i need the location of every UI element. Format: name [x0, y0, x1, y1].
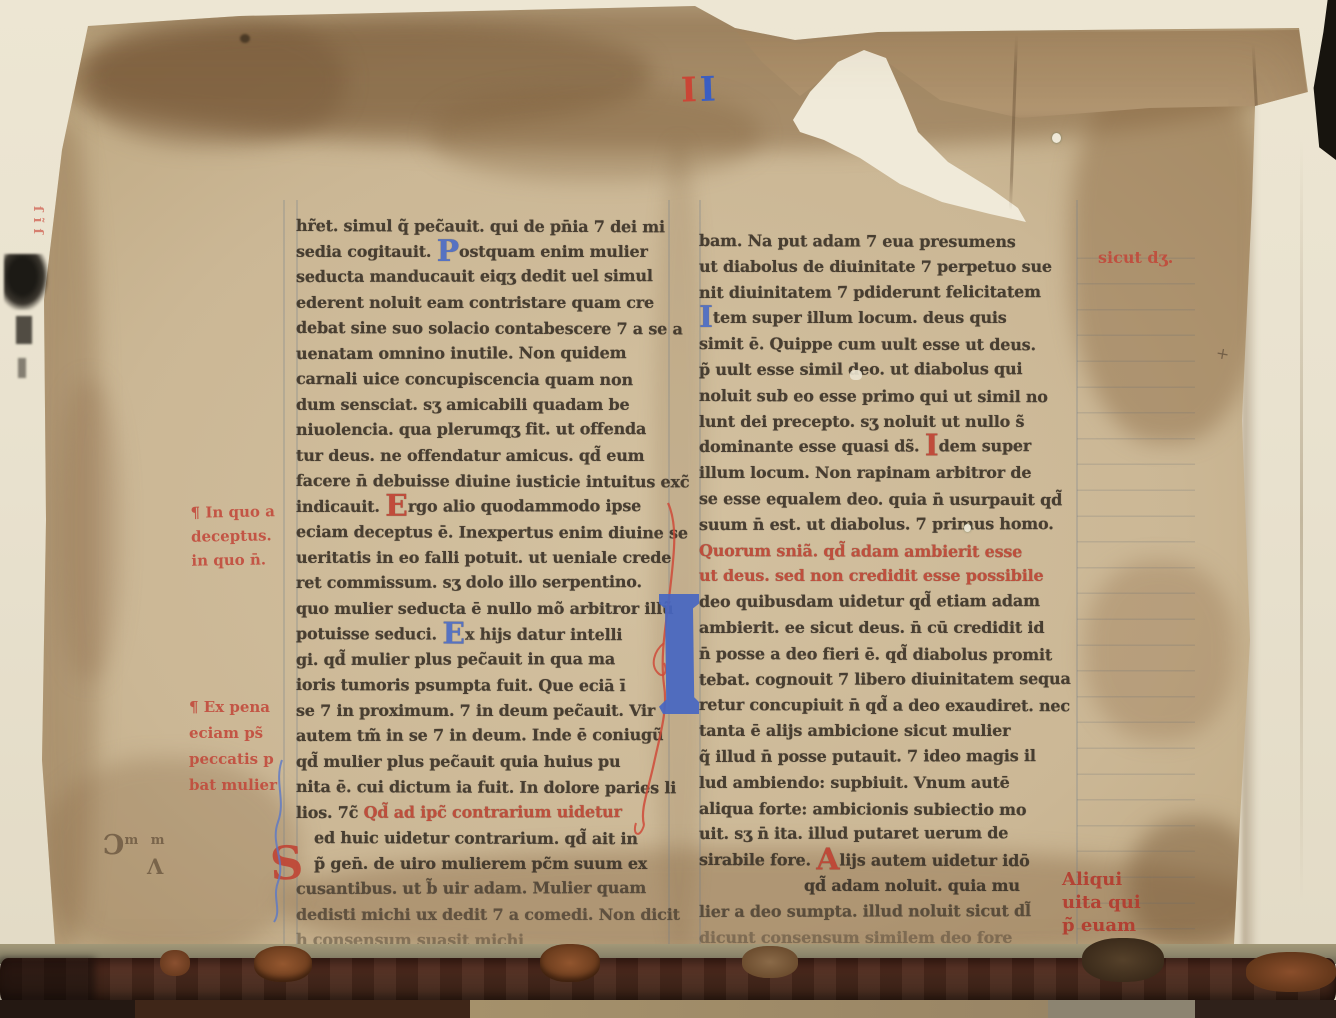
- text-segment: lier a deo sumpta. illud noluit sicut dl…: [699, 901, 1031, 921]
- red-flourish: [630, 495, 710, 850]
- text-segment: n̄ posse a deo fieri ē. qd̃ diabolus pro…: [699, 644, 1052, 664]
- text-segment: noluit sub eo esse primo qui ut simil no: [699, 386, 1048, 406]
- stain: [1070, 58, 1265, 443]
- text-segment: ostquam enim mulier: [459, 242, 648, 261]
- text-line: cusantibus. ut b̃ uir adam. Mulier quam: [296, 875, 668, 901]
- text-line: niuolencia. qua plerumqʒ fit. ut offenda: [296, 416, 668, 442]
- text-line: sedia cogitauit. Postquam enim mulier: [296, 239, 668, 265]
- text-segment: dominante esse quasi ds̃.: [699, 437, 925, 457]
- table-edge-segment: [1195, 1000, 1336, 1018]
- text-segment: nit diuinitatem 7 pdiderunt felicitatem: [699, 282, 1041, 302]
- text-line: ut deus. sed non credidit esse possibile: [699, 563, 1077, 589]
- text-line: aliqua forte: ambicionis subiectio mo: [699, 796, 1077, 823]
- text-segment: uenatam omnino inutile. Non quidem: [296, 343, 626, 363]
- text-line: n̄ posse a deo fieri ē. qd̃ diabolus pro…: [699, 641, 1077, 668]
- table-edge: [0, 1000, 1336, 1018]
- margin-note-line: uita qui: [1062, 891, 1141, 914]
- margin-note-line: eciam ps̃: [189, 720, 277, 746]
- clasp-stud: [1246, 952, 1336, 992]
- text-segment: ut diabolus de diuinitate 7 perpetuo sue: [699, 257, 1052, 276]
- text-segment: sedia cogitauit.: [296, 242, 437, 261]
- text-line: ioris tumoris psumpta fuit. Que eciā ī: [296, 672, 668, 699]
- text-segment: lud ambiendo: supbiuit. Vnum autē: [699, 773, 1010, 792]
- clasp-stud: [160, 950, 190, 976]
- margin-note-line: p̃ euam: [1062, 914, 1141, 937]
- text-line: sirabile fore. Alijs autem uidetur idō: [699, 847, 1077, 874]
- decorated-initial: E: [385, 488, 408, 523]
- text-line: carnali uice concupiscencia quam non: [296, 366, 668, 393]
- text-segment: potuisse seduci.: [296, 624, 442, 644]
- horizontal-ruling: [1077, 233, 1195, 945]
- text-line: p̃ uult esse simil deo. ut diabolus qui: [699, 356, 1077, 383]
- margin-note-line: in quo n̄.: [191, 547, 276, 572]
- text-line: deo quibusdam uidetur qd̃ etiam adam: [699, 588, 1077, 615]
- text-segment: retur concupiuit n̄ qd̃ a deo exaudiret.…: [699, 695, 1070, 715]
- ink-blot: [4, 254, 48, 310]
- text-column-left: hr̃et. simul q̃ pec̃auit. qui de pn̄ia 7…: [296, 213, 668, 953]
- text-line: lud ambiendo: supbiuit. Vnum autē: [699, 770, 1077, 796]
- text-line: tebat. cognouit 7 libero diuinitatem seq…: [699, 666, 1077, 693]
- table-edge-segment: [1048, 1000, 1195, 1018]
- margin-note-line: peccatis p: [189, 746, 277, 772]
- text-segment: se 7 in proximum. 7 in deum pec̃auit. Vi…: [296, 701, 655, 720]
- paper-speck: [1052, 133, 1061, 143]
- text-segment: qd̃ mulier plus pec̃auit quia huius pu: [296, 752, 620, 771]
- initial-i-block: [659, 594, 699, 714]
- table-edge-segment: [470, 1000, 1048, 1018]
- text-line: dum sensciat. sʒ amicabili quadam be: [296, 392, 668, 418]
- text-segment: lios. 7c̃: [296, 802, 364, 821]
- wormhole-speck: [240, 34, 250, 43]
- text-segment: debat sine suo solacio contabescere 7 a …: [296, 318, 683, 338]
- text-segment: ioris tumoris psumpta fuit. Que eciā ī: [296, 675, 626, 695]
- ruling-line: [296, 200, 298, 952]
- text-line: hr̃et. simul q̃ pec̃auit. qui de pn̄ia 7…: [296, 213, 668, 240]
- text-segment: se esse equalem deo. quia n̄ usurpauit q…: [699, 489, 1062, 509]
- text-segment: x hijs datur intelli: [465, 625, 622, 645]
- text-line: ueritatis in eo falli potuit. ut ueniale…: [296, 545, 668, 571]
- text-segment: ambierit. ee sicut deus. n̄ cū credidit …: [699, 618, 1044, 637]
- decorated-initial: A: [816, 843, 839, 878]
- text-segment: ret commissum. sʒ dolo illo serpentino.: [296, 572, 642, 592]
- text-line: ed huic uidetur contrarium. qd̃ ait in: [296, 825, 668, 852]
- pencil-superscript: m m: [125, 833, 169, 848]
- text-segment: Quorum sniã. qd̃ adam ambierit esse: [699, 541, 1022, 561]
- leather-shadow: [0, 958, 95, 1004]
- text-line: p̃ gen̄. de uiro mulierem pc̃m suum ex: [296, 851, 668, 877]
- text-line: quo mulier seducta ē nullo mõ arbitror i…: [296, 596, 668, 622]
- text-segment: gi. qd̃ mulier plus pec̃auit in qua ma: [296, 649, 615, 669]
- text-segment: autem tm̃ in se 7 in deum. Inde ē coniug…: [296, 725, 664, 745]
- text-line: uit. sʒ n̄ ita. illud putaret uerum de: [699, 820, 1077, 847]
- text-segment: dem super: [939, 437, 1032, 456]
- text-segment: tur deus. ne offendatur amicus. qd̃ eum: [296, 446, 644, 465]
- text-line: facere n̄ debuisse diuine iusticie intui…: [296, 468, 668, 495]
- manuscript-photo: II hr̃et. simul q̃ pec̃auit. qui de pn̄i…: [0, 0, 1336, 1018]
- decorated-initial: P: [437, 234, 459, 269]
- initial-s: S: [269, 835, 305, 891]
- text-line: ut diabolus de diuinitate 7 perpetuo sue: [699, 254, 1077, 280]
- text-segment: facere n̄ debuisse diuine iusticie intui…: [296, 471, 689, 491]
- margin-note-line: ¶ Ex pena: [189, 694, 277, 720]
- text-line: bam. Na put adam 7 eua presumens: [699, 228, 1077, 255]
- text-segment: p̃ uult esse simil deo. ut diabolus qui: [699, 359, 1022, 379]
- parchment-page: II hr̃et. simul q̃ pec̃auit. qui de pn̄i…: [0, 0, 1336, 1018]
- text-segment: Qd̃ ad ipc̃ contrarium uidetur: [364, 802, 622, 822]
- text-line: se 7 in proximum. 7 in deum pec̃auit. Vi…: [296, 698, 668, 724]
- margin-note-line: ¶ In quo a: [190, 499, 275, 524]
- clasp-stud: [742, 946, 798, 978]
- text-line: se esse equalem deo. quia n̄ usurpauit q…: [699, 486, 1077, 513]
- text-line: suum n̄ est. ut diabolus. 7 primus homo.: [699, 511, 1077, 538]
- stain: [58, 380, 120, 680]
- margin-note-left-1: ¶ In quo a deceptus. in quo n̄.: [190, 499, 276, 572]
- text-segment: tebat. cognouit 7 libero diuinitatem seq…: [699, 669, 1071, 689]
- text-line: qd̃ adam noluit. quia mu: [699, 873, 1077, 899]
- text-line: seducta manducauit eiqʒ dedit uel simul: [296, 263, 668, 289]
- table-edge-segment: [0, 1000, 135, 1018]
- pencil-glyph: Ɔ: [103, 830, 125, 861]
- decorated-initial: E: [442, 617, 465, 652]
- clasp-stud: [540, 944, 600, 982]
- margin-note-line: deceptus.: [191, 523, 276, 548]
- paper-speck: [850, 370, 862, 380]
- text-line: noluit sub eo esse primo qui ut simil no: [699, 383, 1077, 410]
- book-edge-bottom: [0, 944, 1336, 1018]
- text-segment: eciam deceptus ē. Inexpertus enim diuine…: [296, 522, 688, 542]
- flyleaf-crease: [1300, 140, 1303, 900]
- ruling-line: [283, 200, 285, 952]
- text-segment: hr̃et. simul q̃ pec̃auit. qui de pn̄ia 7…: [296, 216, 665, 236]
- text-segment: qd̃ adam noluit. quia mu: [804, 876, 1020, 895]
- text-segment: carnali uice concupiscencia quam non: [296, 369, 633, 389]
- margin-note-right-1: sicut dʒ.: [1098, 246, 1173, 270]
- text-segment: lunt dei precepto. sʒ noluit ut nullo s̃: [699, 412, 1024, 431]
- text-line: q̃ illud n̄ posse putauit. 7 ideo magis …: [699, 743, 1077, 770]
- text-segment: ed huic uidetur contrarium. qd̃ ait in: [314, 828, 638, 848]
- text-line: illum locum. Non rapinam arbitror de: [699, 460, 1077, 486]
- text-segment: tanta ē alijs ambicione sicut mulier: [699, 721, 1010, 740]
- text-line: simit ē. Quippe cum uult esse ut deus.: [699, 331, 1077, 358]
- blue-flourish: [256, 756, 302, 926]
- text-line: Item super illum locum. deus quis: [699, 305, 1077, 331]
- stain: [40, 758, 300, 958]
- decorated-initial: I: [925, 429, 939, 464]
- margin-note-line: sicut dʒ.: [1098, 246, 1173, 270]
- text-line: qd̃ mulier plus pec̃auit quia huius pu: [296, 749, 668, 775]
- folio-numeral-red: I: [680, 70, 700, 111]
- text-segment: cusantibus. ut b̃ uir adam. Mulier quam: [296, 878, 646, 898]
- text-line: lios. 7c̃ Qd̃ ad ipc̃ contrarium uidetur: [296, 799, 668, 825]
- text-line: retur concupiuit n̄ qd̃ a deo exaudiret.…: [699, 692, 1077, 719]
- text-line: indicauit. Ergo alio quodammodo ipse: [296, 493, 668, 519]
- ruling-line: [699, 200, 701, 952]
- ruling-line: [668, 200, 670, 952]
- text-line: Quorum sniã. qd̃ adam ambierit esse: [699, 538, 1077, 565]
- folio-numeral-blue: I: [699, 69, 719, 110]
- text-segment: q̃ illud n̄ posse putauit. 7 ideo magis …: [699, 746, 1036, 766]
- clasp-stud: [254, 946, 312, 982]
- text-segment: quo mulier seducta ē nullo mõ arbitror i…: [296, 599, 673, 618]
- text-line: ambierit. ee sicut deus. n̄ cū credidit …: [699, 615, 1077, 641]
- text-line: nita ē. cui dictum ia fuit. In dolore pa…: [296, 774, 668, 801]
- text-line: ret commissum. sʒ dolo illo serpentino.: [296, 569, 668, 595]
- text-line: autem tm̃ in se 7 in deum. Inde ē coniug…: [296, 722, 668, 748]
- text-segment: simit ē. Quippe cum uult esse ut deus.: [699, 334, 1036, 354]
- text-segment: aliqua forte: ambicionis subiectio mo: [699, 799, 1026, 819]
- text-segment: bam. Na put adam 7 eua presumens: [699, 231, 1016, 251]
- stain: [1085, 560, 1235, 740]
- ruling-line: [1076, 200, 1078, 952]
- gutter-shadow: [653, 140, 705, 950]
- text-line: debat sine suo solacio contabescere 7 a …: [296, 315, 668, 342]
- text-segment: sirabile fore.: [699, 850, 816, 869]
- text-segment: ut deus. sed non credidit esse possibile: [699, 566, 1043, 585]
- text-line: tur deus. ne offendatur amicus. qd̃ eum: [296, 443, 668, 469]
- paper-speck: [964, 524, 971, 532]
- text-line: potuisse seduci. Ex hijs datur intelli: [296, 621, 668, 648]
- text-segment: suum n̄ est. ut diabolus. 7 primus homo.: [699, 514, 1054, 534]
- text-segment: deo quibusdam uidetur qd̃ etiam adam: [699, 591, 1040, 611]
- table-edge-segment: [135, 1000, 470, 1018]
- text-line: uenatam omnino inutile. Non quidem: [296, 340, 668, 366]
- stain: [430, 88, 760, 180]
- text-line: lunt dei precepto. sʒ noluit ut nullo s̃: [699, 409, 1077, 435]
- text-segment: indicauit.: [296, 496, 385, 515]
- text-line: lier a deo sumpta. illud noluit sicut dl…: [699, 898, 1077, 925]
- text-segment: dum sensciat. sʒ amicabili quadam be: [296, 395, 629, 414]
- text-segment: ueritatis in eo falli potuit. ut ueniale…: [296, 548, 671, 567]
- stain: [90, 22, 650, 127]
- decorated-initial: I: [699, 300, 713, 335]
- text-segment: lijs autem uidetur idō: [839, 851, 1029, 871]
- text-segment: p̃ gen̄. de uiro mulierem pc̃m suum ex: [314, 854, 647, 873]
- text-segment: dedisti michi ux dedit 7 a comedi. Non d…: [296, 905, 680, 924]
- text-line: dominante esse quasi ds̃. Idem super: [699, 433, 1077, 460]
- text-segment: uit. sʒ n̄ ita. illud putaret uerum de: [699, 824, 1008, 844]
- margin-note-line: Aliqui: [1062, 868, 1141, 891]
- text-column-right: bam. Na put adam 7 eua presumensut diabo…: [699, 228, 1077, 950]
- text-segment: ederent noluit eam contristare quam cre: [296, 293, 654, 312]
- text-line: nit diuinitatem 7 pdiderunt felicitatem: [699, 279, 1077, 306]
- margin-note-line: bat mulier: [189, 772, 277, 798]
- text-segment: illum locum. Non rapinam arbitror de: [699, 463, 1031, 482]
- plus-mark: +: [1214, 343, 1231, 364]
- text-segment: tem super illum locum. deus quis: [713, 308, 1007, 327]
- stain: [85, 16, 345, 146]
- text-segment: niuolencia. qua plerumqʒ fit. ut offenda: [296, 419, 646, 439]
- margin-note-right-2: Aliqui uita qui p̃ euam: [1062, 868, 1141, 937]
- text-line: eciam deceptus ē. Inexpertus enim diuine…: [296, 519, 668, 546]
- text-segment: seducta manducauit eiqʒ dedit uel simul: [296, 266, 653, 286]
- text-segment: rgo alio quodammodo ipse: [408, 496, 641, 516]
- pencil-caret: Λ: [147, 854, 163, 879]
- folio-number: II: [680, 69, 719, 110]
- torn-area: [0, 0, 1336, 240]
- text-line: tanta ē alijs ambicione sicut mulier: [699, 718, 1077, 744]
- text-line: gi. qd̃ mulier plus pec̃auit in qua ma: [296, 646, 668, 672]
- stain: [60, 10, 1270, 150]
- clasp-stud: [1082, 938, 1164, 982]
- fold-crease: [1009, 35, 1018, 210]
- pencil-mark: Ɔm m Λ: [103, 830, 169, 861]
- text-line: dedisti michi ux dedit 7 a comedi. Non d…: [296, 902, 668, 928]
- text-line: ederent noluit eam contristare quam cre: [296, 290, 668, 316]
- text-segment: nita ē. cui dictum ia fuit. In dolore pa…: [296, 777, 676, 797]
- margin-note-left-2: ¶ Ex pena eciam ps̃ peccatis p bat mulie…: [189, 694, 277, 798]
